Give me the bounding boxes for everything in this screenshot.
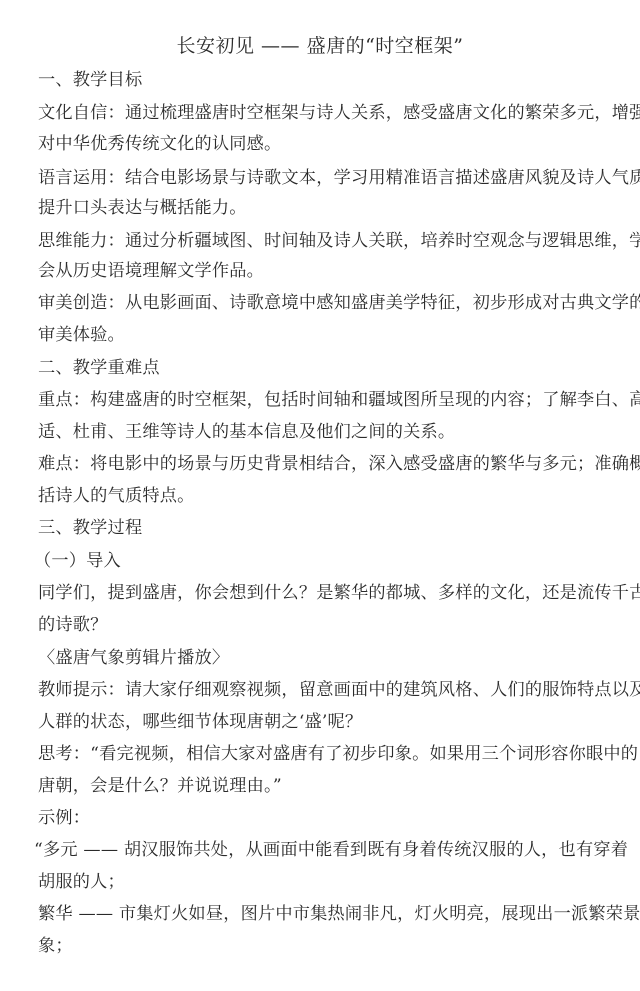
difficult-point-line-2: 括诗人的气质特点。: [38, 484, 195, 508]
document-title: 长安初见 —— 盛唐的“时空框架”: [0, 32, 640, 60]
goal-aesthetic-creation-line-2: 审美体验。: [38, 323, 125, 347]
goal-thinking-ability-line-1: 思维能力：通过分析疆域图、时间轴及诗人关联，培养时空观念与逻辑思维，学: [38, 229, 640, 253]
reflection-prompt-line-1: 思考：“看完视频，相信大家对盛唐有了初步印象。如果用三个词形容你眼中的: [38, 742, 638, 766]
video-playback-cue: 〈盛唐气象剪辑片播放〉: [38, 646, 229, 670]
goal-cultural-confidence-line-2: 对中华优秀传统文化的认同感。: [38, 132, 281, 156]
section-heading-key-points: 二、教学重难点: [38, 356, 160, 380]
teacher-tip-line-2: 人群的状态，哪些细节体现唐朝之‘盛’呢？: [38, 710, 362, 734]
subsection-heading-introduction: （一）导入: [34, 549, 121, 573]
key-point-line-2: 适、杜甫、王维等诗人的基本信息及他们之间的关系。: [38, 420, 455, 444]
example-prosperous-line-1: 繁华 —— 市集灯火如昼，图片中市集热闹非凡，灯火明亮，展现出一派繁荣景: [38, 902, 640, 926]
goal-aesthetic-creation-line-1: 审美创造：从电影画面、诗歌意境中感知盛唐美学特征，初步形成对古典文学的: [38, 291, 640, 315]
key-point-line-1: 重点：构建盛唐的时空框架，包括时间轴和疆域图所呈现的内容；了解李白、高: [38, 388, 640, 412]
section-heading-teaching-goals: 一、教学目标: [38, 68, 142, 92]
teacher-tip-line-1: 教师提示：请大家仔细观察视频，留意画面中的建筑风格、人们的服饰特点以及: [38, 678, 640, 702]
difficult-point-line-1: 难点：将电影中的场景与历史背景相结合，深入感受盛唐的繁华与多元；准确概: [38, 452, 640, 476]
example-label: 示例：: [38, 806, 90, 830]
intro-question-line-2: 的诗歌？: [38, 613, 108, 637]
intro-question-line-1: 同学们，提到盛唐，你会想到什么？是繁华的都城、多样的文化，还是流传千古: [38, 581, 640, 605]
goal-language-use-line-2: 提升口头表达与概括能力。: [38, 196, 247, 220]
section-heading-teaching-process: 三、教学过程: [38, 516, 142, 540]
example-diverse-line-2: 胡服的人；: [38, 870, 125, 894]
goal-cultural-confidence-line-1: 文化自信：通过梳理盛唐时空框架与诗人关系，感受盛唐文化的繁荣多元，增强: [38, 101, 640, 125]
example-prosperous-line-2: 象；: [38, 934, 73, 958]
reflection-prompt-line-2: 唐朝，会是什么？并说说理由。”: [38, 774, 282, 798]
goal-thinking-ability-line-2: 会从历史语境理解文学作品。: [38, 259, 264, 283]
goal-language-use-line-1: 语言运用：结合电影场景与诗歌文本，学习用精准语言描述盛唐风貌及诗人气质，: [38, 166, 640, 190]
example-diverse-line-1: “多元 —— 胡汉服饰共处，从画面中能看到既有身着传统汉服的人，也有穿着: [34, 838, 628, 862]
